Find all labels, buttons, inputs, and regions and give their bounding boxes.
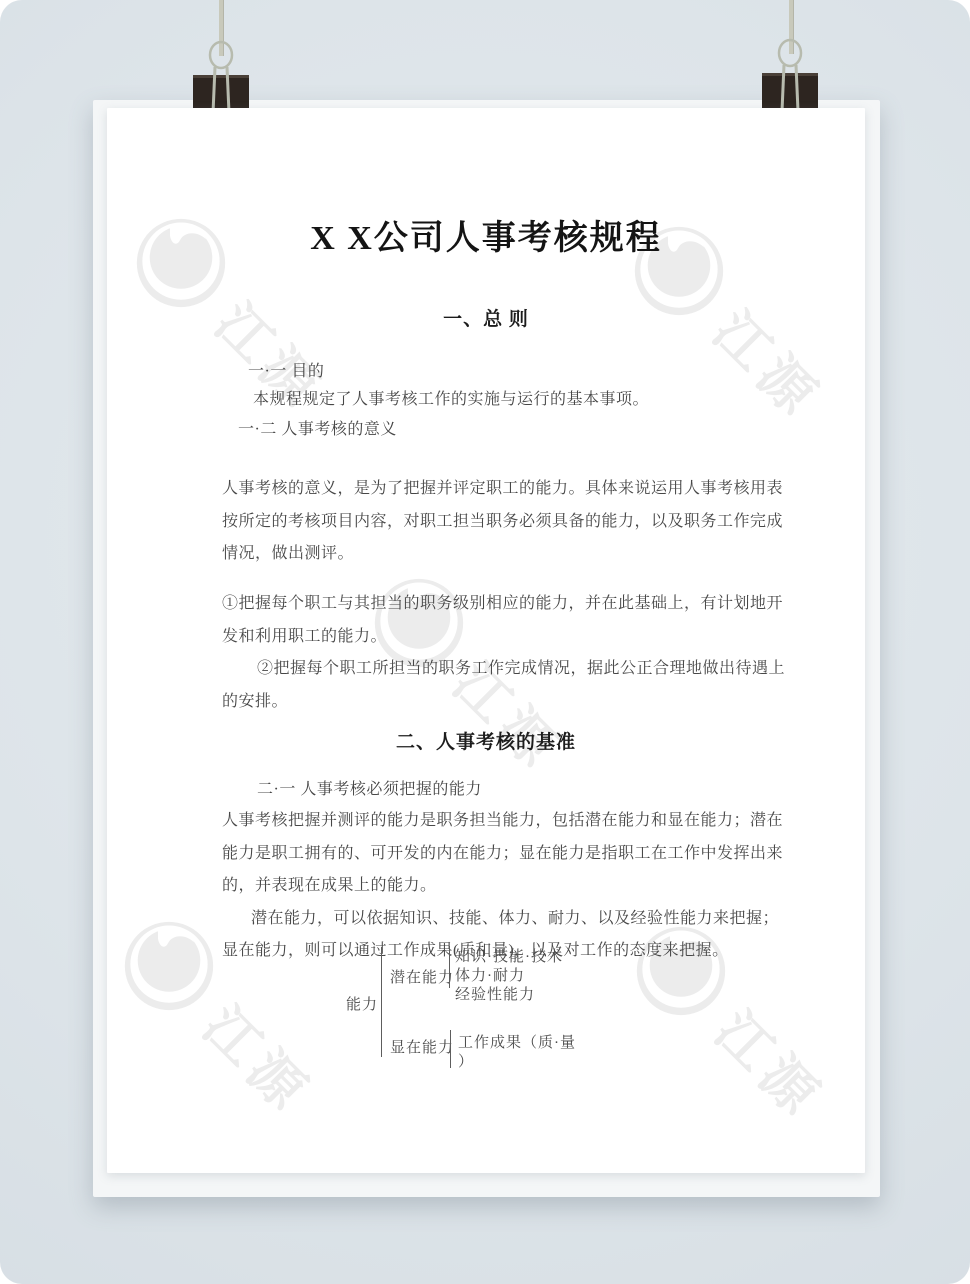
watermark-text: 江源 xyxy=(692,982,852,1142)
document-page: 江源 江源 江源 江源 江源 X X xyxy=(107,108,865,1173)
paragraph-line: 按所定的考核项目内容，对职工担当职务必须具备的能力，以及职务工作完成 xyxy=(222,506,782,539)
diagram-branch-potential-label: 潜在能力 xyxy=(390,966,454,987)
clip-wire-prong xyxy=(796,65,798,111)
paragraph-line: 的安排。 xyxy=(222,686,782,719)
diagram-item: 经验性能力 xyxy=(455,986,563,1005)
clip-body-highlight xyxy=(762,73,818,76)
diagram-item: ） xyxy=(458,1053,576,1072)
clip-wire-prong xyxy=(213,67,215,113)
diagram-bracket-line xyxy=(449,946,450,988)
section-2-paragraph-1: 人事考核把握并测评的能力是职务担当能力，包括潜在能力和显在能力；潜在 能力是职工… xyxy=(222,805,782,968)
paragraph-line: 潜在能力，可以依据知识、技能、体力、耐力、以及经验性能力来把握； xyxy=(222,903,782,936)
watermark-logo-icon xyxy=(123,920,215,1012)
clip-wire-prong xyxy=(227,67,229,113)
watermark-text: 江源 xyxy=(192,274,352,434)
paragraph-line: 的，并表现在成果上的能力。 xyxy=(222,870,782,903)
clause-1-2-label: 一·二 人事考核的意义 xyxy=(238,416,397,439)
diagram-item: 体力·耐力 xyxy=(455,967,563,986)
diagram-apparent-items: 工作成果（质·量 ） xyxy=(458,1034,576,1072)
section-1-paragraph-1: 人事考核的意义，是为了把握并评定职工的能力。具体来说运用人事考核用表 按所定的考… xyxy=(222,473,782,571)
section-1-heading: 一、总 则 xyxy=(107,304,865,331)
diagram-branch-apparent-label: 显在能力 xyxy=(390,1036,454,1057)
clip-wire-loop xyxy=(210,42,232,68)
paragraph-line: 能力是职工拥有的、可开发的内在能力；显在能力是指职工在工作中发挥出来 xyxy=(222,838,782,871)
diagram-potential-items: 知识·技能·技术 体力·耐力 经验性能力 xyxy=(455,948,563,1005)
clip-wire-loop xyxy=(779,40,801,66)
clause-2-1-label: 二·一 人事考核必须把握的能力 xyxy=(257,776,482,799)
paragraph-line: 发和利用职工的能力。 xyxy=(222,621,782,654)
clip-body xyxy=(193,75,249,111)
clip-body xyxy=(762,73,818,109)
diagram-item: 知识·技能·技术 xyxy=(455,948,563,967)
section-1-paragraph-2: ①把握每个职工与其担当的职务级别相应的能力，并在此基础上，有计划地开 发和利用职… xyxy=(222,588,782,718)
binder-clip-left xyxy=(191,39,251,119)
binder-clip-right xyxy=(760,37,820,117)
paragraph-line: ①把握每个职工与其担当的职务级别相应的能力，并在此基础上，有计划地开 xyxy=(222,588,782,621)
poster-mockup-canvas: 江源 江源 江源 江源 江源 X X xyxy=(0,0,970,1284)
watermark-text: 江源 xyxy=(180,977,340,1137)
diagram-bracket-line xyxy=(381,947,382,1057)
section-2-heading: 二、人事考核的基准 xyxy=(107,727,865,754)
clause-1-1-label: 一·一 目的 xyxy=(248,358,324,381)
paragraph-line: 人事考核的意义，是为了把握并评定职工的能力。具体来说运用人事考核用表 xyxy=(222,473,782,506)
paragraph-line: 情况，做出测评。 xyxy=(222,538,782,571)
clip-wire-prong xyxy=(782,65,784,111)
diagram-root-label: 能力 xyxy=(346,993,378,1014)
paragraph-line: 人事考核把握并测评的能力是职务担当能力，包括潜在能力和显在能力；潜在 xyxy=(222,805,782,838)
paragraph-line: ②把握每个职工所担当的职务工作完成情况，据此公正合理地做出待遇上 xyxy=(222,653,782,686)
clause-1-1-body: 本规程规定了人事考核工作的实施与运行的基本事项。 xyxy=(253,386,649,409)
diagram-item: 工作成果（质·量 xyxy=(458,1034,576,1053)
clip-body-highlight xyxy=(193,75,249,78)
document-title: X X公司人事考核规程 xyxy=(107,210,865,259)
diagram-bracket-line xyxy=(450,1030,451,1068)
